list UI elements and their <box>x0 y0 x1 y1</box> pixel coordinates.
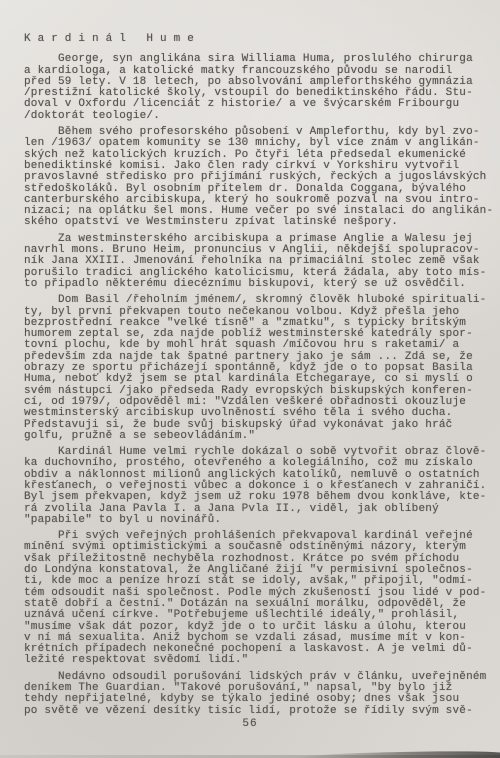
paragraph: Za westminsterského arcibiskupa a primas… <box>24 234 490 290</box>
paragraph: Nedávno odsoudil porušování lidských prá… <box>24 672 490 717</box>
document-body: K a r d i n á l H u m e George, syn angl… <box>24 34 490 722</box>
paragraph: George, syn anglikána sira Williama Huma… <box>24 54 490 122</box>
paragraph: Během svého profesorského působení v Amp… <box>24 127 490 229</box>
paragraph: Při svých veřejných prohlášeních překvap… <box>24 531 490 667</box>
paragraph: Dom Basil /řeholním jménem/, skromný člo… <box>24 295 490 442</box>
page-title: K a r d i n á l H u m e <box>24 34 490 45</box>
paragraph: Kardinál Hume velmi rychle dokázal o sob… <box>24 447 490 526</box>
scan-corner-shadow <box>296 750 500 758</box>
scanned-document-page: K a r d i n á l H u m e George, syn angl… <box>0 0 500 758</box>
page-number: 56 <box>0 718 500 730</box>
